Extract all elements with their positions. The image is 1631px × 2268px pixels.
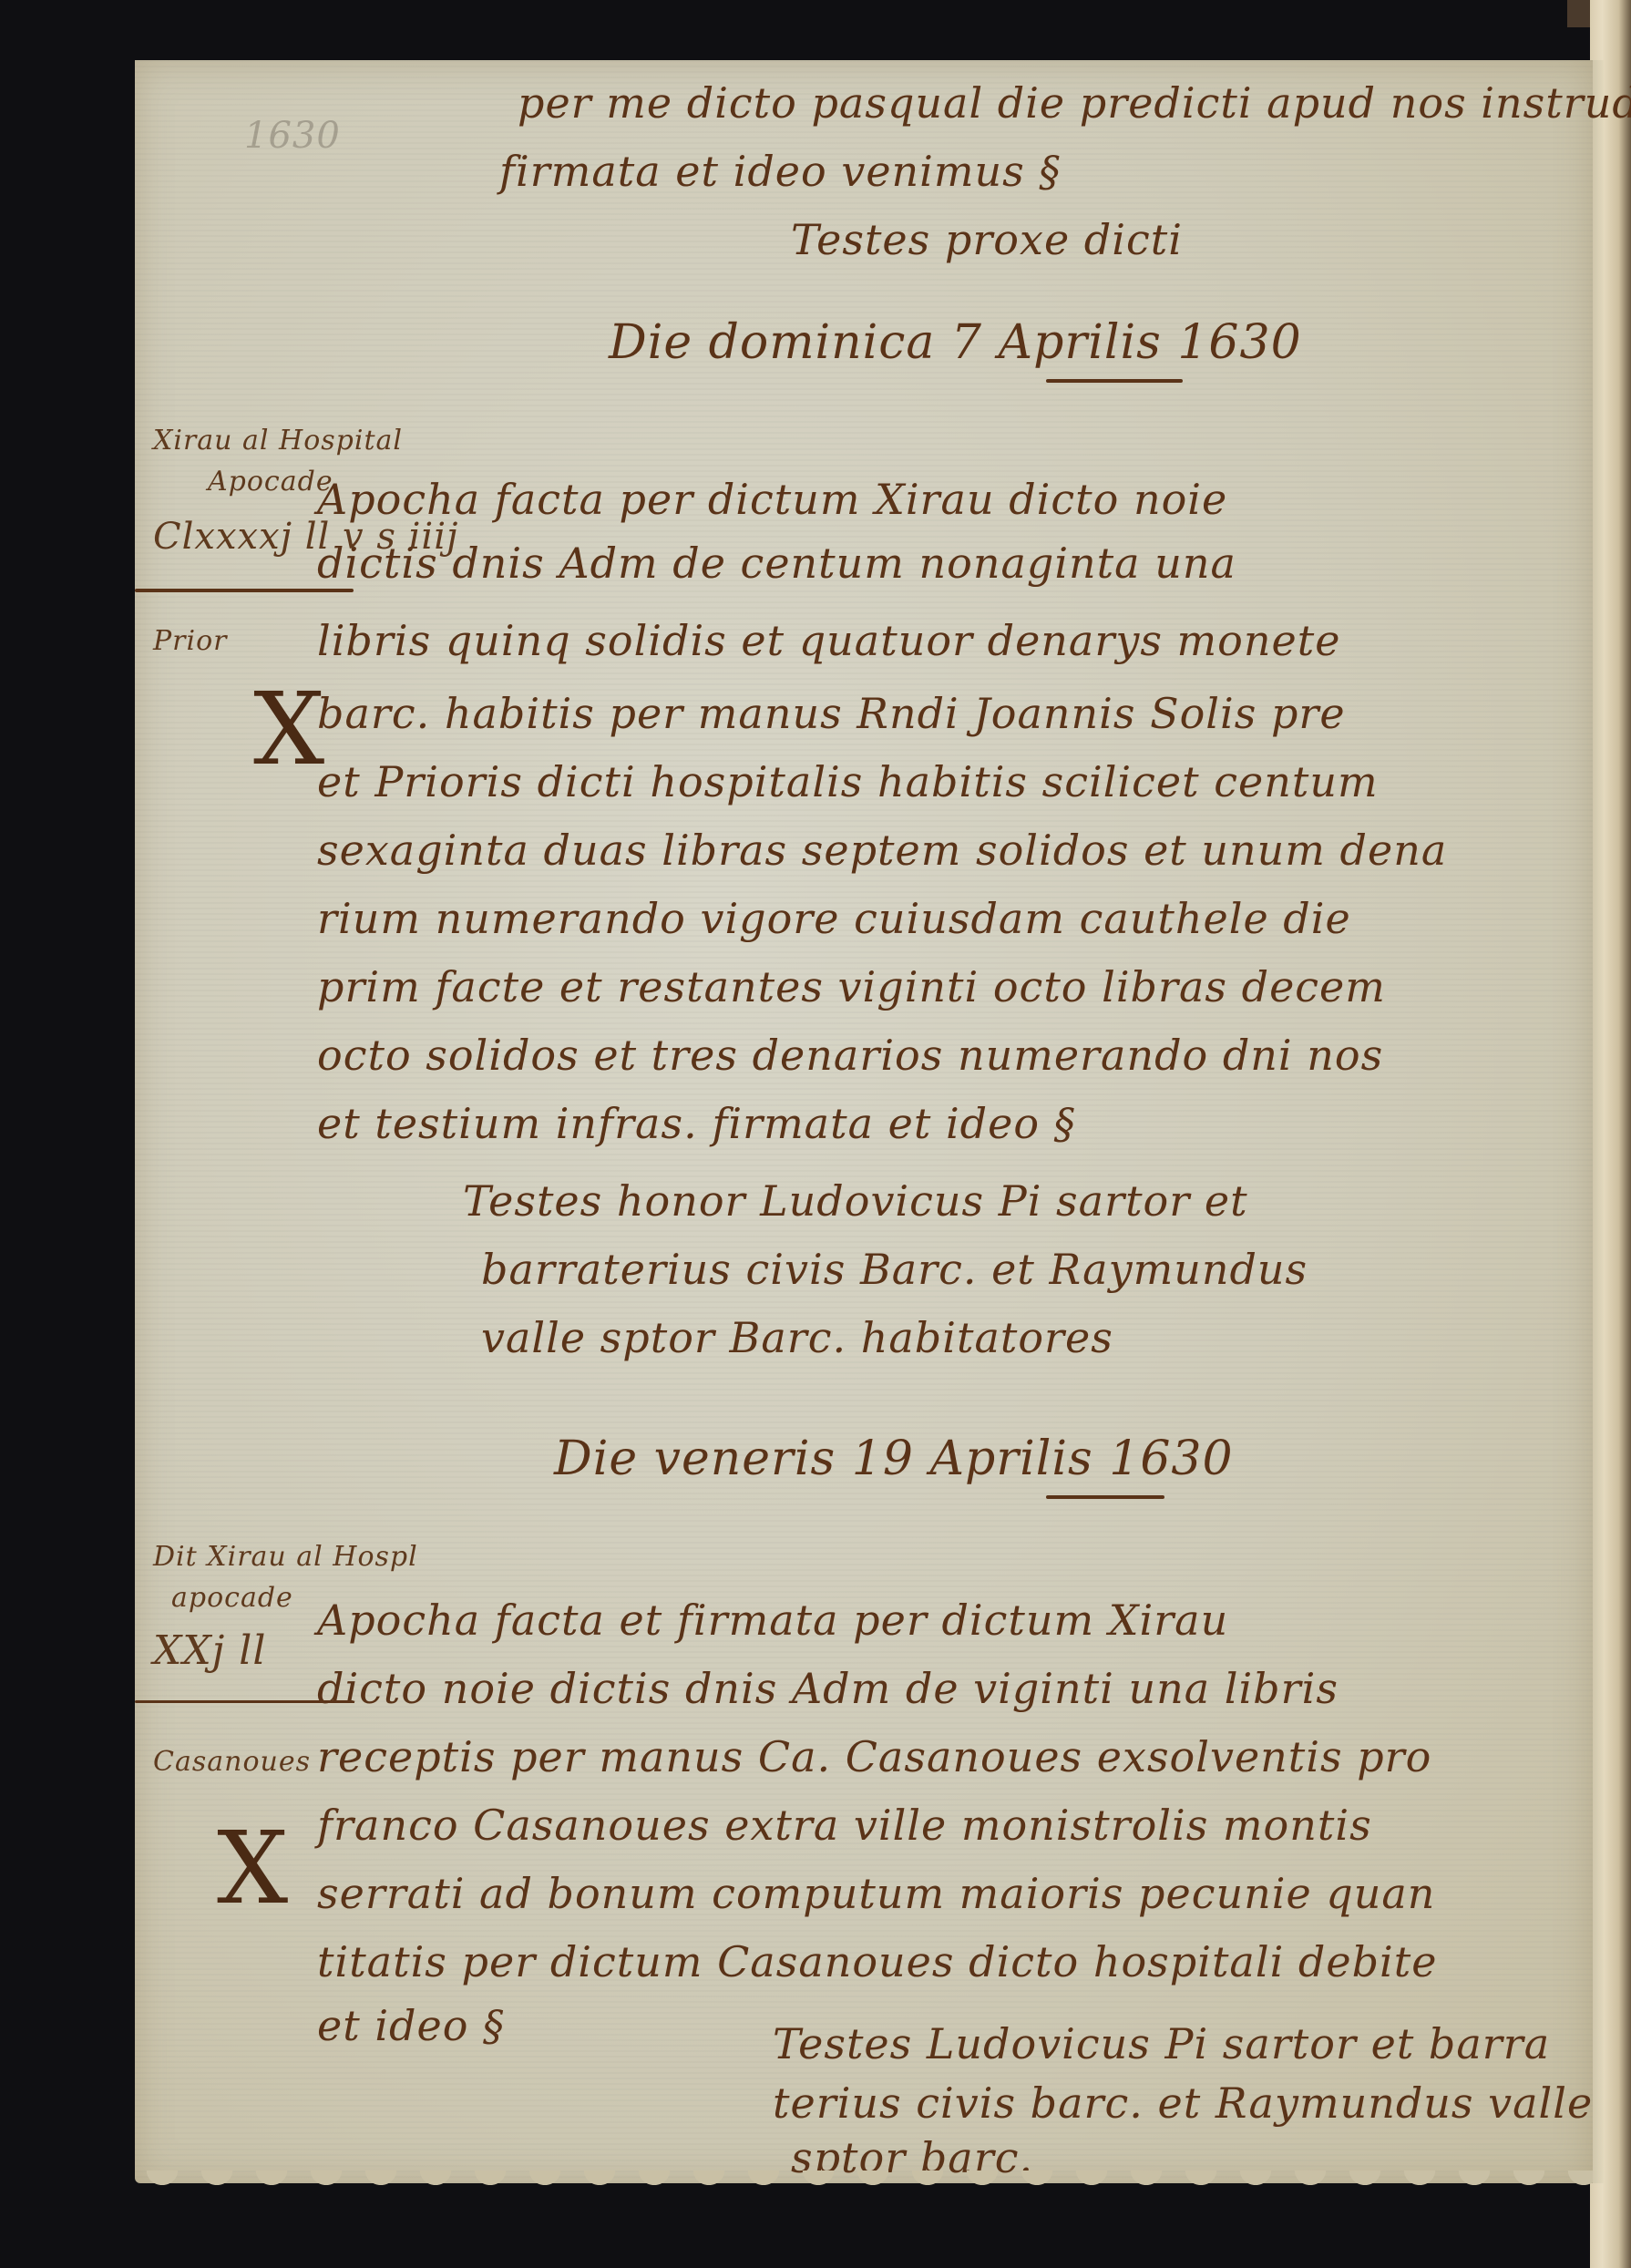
entry-1-line-5: et Prioris dicti hospitalis habitis scil… [317, 757, 1379, 806]
entry-1-line-1: Apocha facta per dictum Xirau dicto noie [317, 475, 1227, 524]
entry-2-line-3: receptis per manus Ca. Casanoues exsolve… [317, 1732, 1431, 1781]
entry-2-date-heading: Die veneris 19 Aprilis 1630 [554, 1432, 1234, 1486]
entry-1-margin-name: Xirau al Hospital [153, 425, 403, 457]
entry-1-line-7: rium numerando vigore cuiusdam cauthele … [317, 894, 1351, 943]
entry-2-line-6: titatis per dictum Casanoues dicto hospi… [317, 1937, 1437, 1986]
manuscript-page: 1630 per me dicto pasqual die predicti a… [135, 60, 1593, 2183]
entry-1-witness-2: barraterius civis Barc. et Raymundus [481, 1245, 1308, 1294]
entry-2-line-2: dicto noie dictis dnis Adm de viginti un… [317, 1664, 1339, 1713]
entry-1-date-heading: Die dominica 7 Aprilis 1630 [609, 315, 1302, 370]
entry-2-margin-label: apocade [171, 1582, 293, 1614]
entry-2-cross-mark: X [217, 1810, 289, 1926]
entry-2-line-5: serrati ad bonum computum maioris pecuni… [317, 1869, 1435, 1918]
entry-1-cross-mark: X [253, 671, 325, 787]
entry-1-line-10: et testium infras. firmata et ideo § [317, 1099, 1076, 1148]
entry-1-line-9: octo solidos et tres denarios numerando … [317, 1031, 1383, 1080]
continuation-line-3: Testes proxe dicti [791, 215, 1183, 264]
entry-2-witness-3: sptor barc. [791, 2133, 1033, 2182]
margin-rule [135, 589, 354, 592]
date-underline [1046, 379, 1183, 383]
entry-2-margin-amount: XXj ll [153, 1627, 266, 1674]
entry-1-line-4: barc. habitis per manus Rndi Joannis Sol… [317, 689, 1346, 738]
entry-1-witness-1: Testes honor Ludovicus Pi sartor et [463, 1176, 1248, 1226]
page-edge [1593, 60, 1604, 2183]
entry-2-margin-name: Dit Xirau al Hospl [153, 1541, 418, 1573]
entry-1-line-3: libris quinq solidis et quatuor denarys … [317, 616, 1340, 665]
entry-1-margin-label: Apocade [208, 466, 333, 498]
continuation-line-1: per me dicto pasqual die predicti apud n… [518, 78, 1631, 128]
entry-2-witness-2: terius civis barc. et Raymundus valle [773, 2078, 1593, 2128]
entry-1-line-2: dictis dnis Adm de centum nonaginta una [317, 539, 1236, 588]
entry-2-line-1: Apocha facta et firmata per dictum Xirau [317, 1596, 1228, 1645]
entry-2-margin-role: Casanoues [153, 1746, 311, 1778]
bleed-through-number: 1630 [244, 115, 341, 157]
entry-2-line-7: et ideo § [317, 2001, 505, 2050]
entry-2-witness-1: Testes Ludovicus Pi sartor et barra [773, 2019, 1550, 2068]
entry-1-line-6: sexaginta duas libras septem solidos et … [317, 826, 1447, 875]
entry-1-line-8: prim facte et restantes viginti octo lib… [317, 962, 1386, 1011]
continuation-line-2: firmata et ideo venimus § [499, 147, 1061, 196]
entry-1-witness-3: valle sptor Barc. habitatores [481, 1313, 1113, 1362]
entry-1-margin-role: Prior [153, 625, 228, 657]
date-underline [1046, 1495, 1164, 1499]
entry-2-line-4: franco Casanoues extra ville monistrolis… [317, 1801, 1372, 1850]
